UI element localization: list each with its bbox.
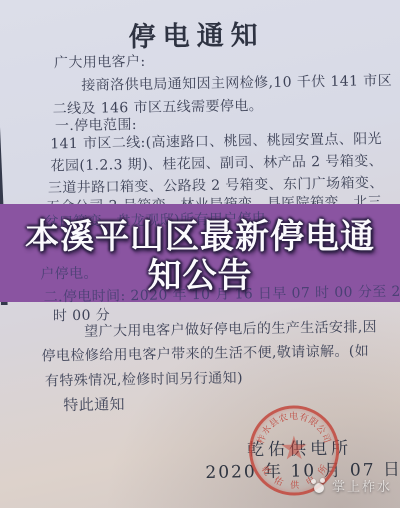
overlay-headline-line2: 知公告 [0,257,400,296]
watermark: 掌上柞水 [310,476,392,495]
paw-icon [310,478,328,494]
notice-photo: 停电通知 广大用电客户: 接商洛供电局通知因主网检修,10 千伏 141 市区 … [0,0,400,508]
overlay-headline: 本溪平山区最新停电通 知公告 [0,218,400,296]
overlay-headline-line1: 本溪平山区最新停电通 [0,218,400,257]
watermark-text: 掌上柞水 [332,476,392,495]
